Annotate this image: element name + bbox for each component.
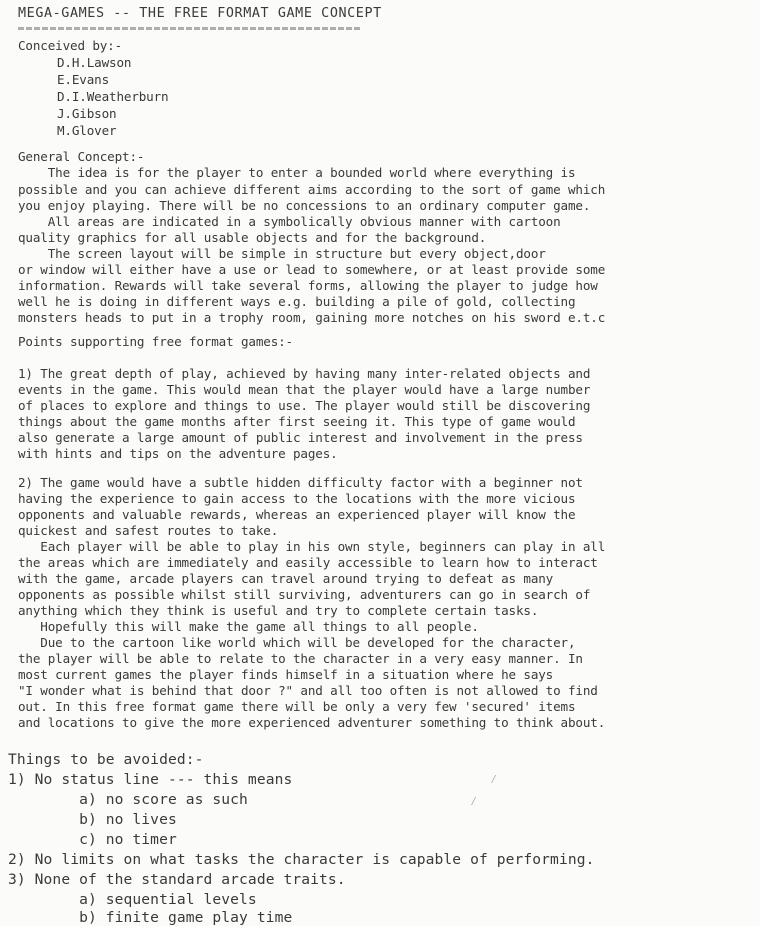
text-line: with the game, arcade players can travel… bbox=[18, 571, 553, 587]
text-line: anything which they think is useful and … bbox=[18, 603, 538, 619]
text-line: Due to the cartoon like world which will… bbox=[18, 635, 575, 651]
text-line: The idea is for the player to enter a bo… bbox=[18, 165, 575, 181]
list-item: a) sequential levels bbox=[8, 892, 257, 908]
text-line: out. In this free format game there will… bbox=[18, 699, 575, 715]
list-item: 2) No limits on what tasks the character… bbox=[8, 852, 595, 868]
list-item: a) no score as such bbox=[8, 792, 248, 808]
text-line: most current games the player finds hims… bbox=[18, 667, 553, 683]
points-supporting-heading: Points supporting free format games:- bbox=[18, 334, 293, 350]
text-line: having the experience to gain access to … bbox=[18, 491, 575, 507]
title-underline bbox=[18, 27, 360, 30]
text-line: quality graphics for all usable objects … bbox=[18, 230, 486, 246]
author: D.I.Weatherburn bbox=[57, 89, 168, 105]
text-line: or window will either have a use or lead… bbox=[18, 262, 605, 278]
pen-mark-icon: ⁄ bbox=[490, 772, 497, 787]
text-line: well he is doing in different ways e.g. … bbox=[18, 294, 575, 310]
author: D.H.Lawson bbox=[57, 55, 131, 71]
text-line: "I wonder what is behind that door ?" an… bbox=[18, 683, 598, 699]
text-line: information. Rewards will take several f… bbox=[18, 278, 598, 294]
text-line: opponents and valuable rewards, whereas … bbox=[18, 507, 575, 523]
text-line: also generate a large amount of public i… bbox=[18, 430, 583, 446]
authors-heading: Conceived by:- bbox=[18, 38, 122, 54]
text-line: All areas are indicated in a symbolicall… bbox=[18, 214, 561, 230]
text-line: the areas which are immediately and easi… bbox=[18, 555, 598, 571]
things-to-avoid-heading: Things to be avoided:- bbox=[8, 752, 204, 768]
author: M.Glover bbox=[57, 123, 116, 139]
text-line: you enjoy playing. There will be no conc… bbox=[18, 198, 590, 214]
text-line: and locations to give the more experienc… bbox=[18, 715, 605, 731]
text-line: with hints and tips on the adventure pag… bbox=[18, 446, 338, 462]
text-line: Hopefully this will make the game all th… bbox=[18, 619, 479, 635]
text-line: 1) The great depth of play, achieved by … bbox=[18, 366, 590, 382]
text-line: Each player will be able to play in his … bbox=[18, 539, 605, 555]
text-line: things about the game months after first… bbox=[18, 414, 575, 430]
text-line: events in the game. This would mean that… bbox=[18, 382, 590, 398]
list-item: b) no lives bbox=[8, 812, 177, 828]
document-title: MEGA-GAMES -- THE FREE FORMAT GAME CONCE… bbox=[18, 6, 382, 22]
text-line: opponents as possible whilst still survi… bbox=[18, 587, 590, 603]
text-line: of places to explore and things to use. … bbox=[18, 398, 590, 414]
list-item: 3) None of the standard arcade traits. bbox=[8, 872, 346, 888]
pen-mark-icon: ⁄ bbox=[470, 794, 477, 809]
list-item: 1) No status line --- this means bbox=[8, 772, 292, 788]
text-line: The screen layout will be simple in stru… bbox=[18, 246, 546, 262]
list-item: b) finite game play time bbox=[8, 910, 292, 926]
author: E.Evans bbox=[57, 72, 109, 88]
text-line: 2) The game would have a subtle hidden d… bbox=[18, 475, 583, 491]
list-item: c) no timer bbox=[8, 832, 177, 848]
author: J.Gibson bbox=[57, 106, 116, 122]
text-line: monsters heads to put in a trophy room, … bbox=[18, 310, 605, 326]
text-line: possible and you can achieve different a… bbox=[18, 182, 605, 198]
general-concept-heading: General Concept:- bbox=[18, 149, 144, 165]
text-line: quickest and safest routes to take. bbox=[18, 523, 278, 539]
text-line: the player will be able to relate to the… bbox=[18, 651, 583, 667]
document-page: MEGA-GAMES -- THE FREE FORMAT GAME CONCE… bbox=[0, 0, 760, 926]
